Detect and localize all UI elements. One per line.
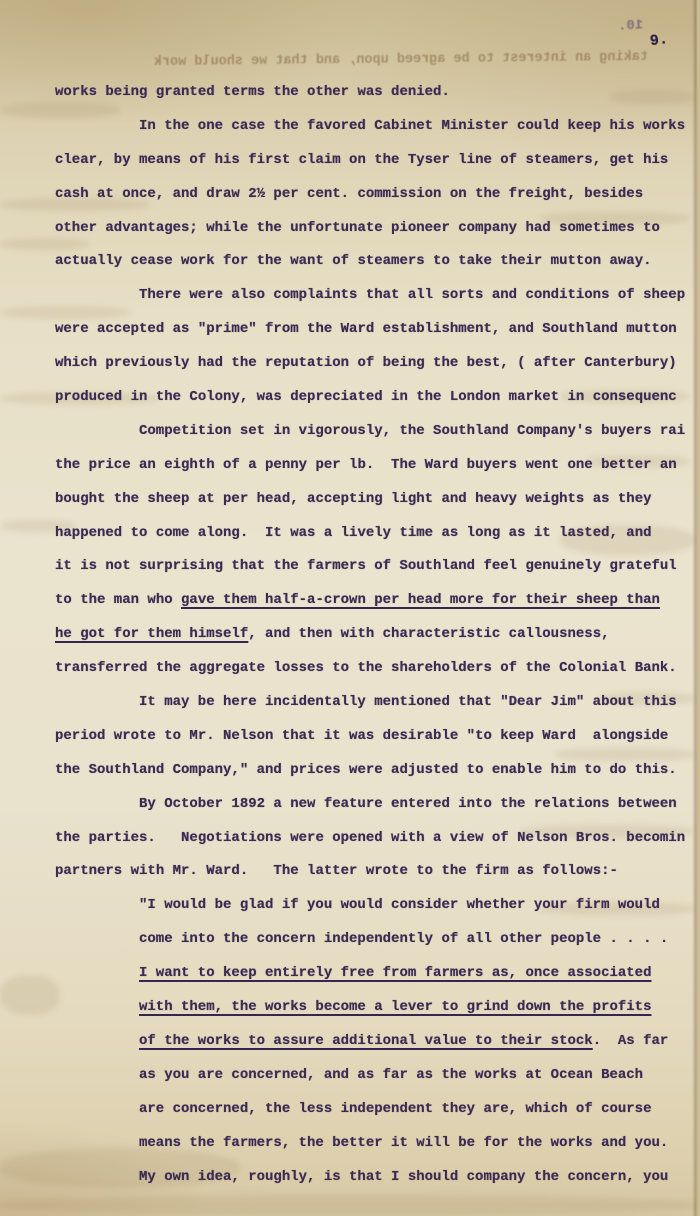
paper-right-edge xyxy=(692,0,700,1216)
text-segment: . As far xyxy=(593,1033,669,1049)
text-line: There were also complaints that all sort… xyxy=(55,279,700,313)
text-line: come into the concern independently of a… xyxy=(55,923,700,957)
text-segment: the parties. Negotiations were opened wi… xyxy=(55,830,685,846)
text-line: transferred the aggregate losses to the … xyxy=(55,652,700,686)
text-segment: My own idea, roughly, is that I should c… xyxy=(139,1169,668,1185)
bleedthrough-smudge xyxy=(0,975,60,1015)
bleedthrough-page-number: 10. xyxy=(618,17,644,34)
text-line: he got for them himself, and then with c… xyxy=(55,618,700,652)
text-line: of the works to assure additional value … xyxy=(55,1025,700,1059)
text-segment: , and then with characteristic callousne… xyxy=(248,626,609,642)
text-line: the parties. Negotiations were opened wi… xyxy=(55,822,700,856)
text-segment: works being granted terms the other was … xyxy=(55,84,450,100)
text-segment: the Southland Company," and prices were … xyxy=(55,762,677,778)
text-line: produced in the Colony, was depreciated … xyxy=(55,381,700,415)
underlined-text: he got for them himself xyxy=(55,626,248,642)
text-line: partners with Mr. Ward. The latter wrote… xyxy=(55,855,700,889)
text-segment: are concerned, the less independent they… xyxy=(139,1101,651,1117)
text-line: the Southland Company," and prices were … xyxy=(55,754,700,788)
text-segment: it is not surprising that the farmers of… xyxy=(55,558,677,574)
text-line: it is not surprising that the farmers of… xyxy=(55,550,700,584)
text-line: to the man who gave them half-a-crown pe… xyxy=(55,584,700,618)
underlined-text: of the works to assure additional value … xyxy=(139,1033,593,1049)
text-segment: other advantages; while the unfortunate … xyxy=(55,220,660,236)
text-line: Competition set in vigorously, the South… xyxy=(55,415,700,449)
page-number: 9. xyxy=(649,31,669,50)
text-segment: clear, by means of his first claim on th… xyxy=(55,152,668,168)
text-line: By October 1892 a new feature entered in… xyxy=(55,788,700,822)
text-line: In the one case the favored Cabinet Mini… xyxy=(55,110,700,144)
text-line: which previously had the reputation of b… xyxy=(55,347,700,381)
text-segment: actually cease work for the want of stea… xyxy=(55,253,652,269)
text-segment: It may be here incidentally mentioned th… xyxy=(139,694,677,710)
text-line: actually cease work for the want of stea… xyxy=(55,245,700,279)
text-line: other advantages; while the unfortunate … xyxy=(55,212,700,246)
text-segment: happened to come along. It was a lively … xyxy=(55,525,652,541)
text-segment: Competition set in vigorously, the South… xyxy=(139,423,685,439)
text-line: works being granted terms the other was … xyxy=(55,76,700,110)
text-line: with them, the works become a lever to g… xyxy=(55,991,700,1025)
text-segment: By October 1892 a new feature entered in… xyxy=(139,796,677,812)
text-segment: as you are concerned, and as far as the … xyxy=(139,1067,643,1083)
text-segment: transferred the aggregate losses to the … xyxy=(55,660,677,676)
text-segment: to the man who xyxy=(55,592,181,608)
text-segment: which previously had the reputation of b… xyxy=(55,355,677,371)
text-segment: produced in the Colony, was depreciated … xyxy=(55,389,677,405)
text-line: I want to keep entirely free from farmer… xyxy=(55,957,700,991)
text-segment: There were also complaints that all sort… xyxy=(139,287,685,303)
bleedthrough-smudge xyxy=(0,1195,700,1215)
text-line: happened to come along. It was a lively … xyxy=(55,517,700,551)
text-line: clear, by means of his first claim on th… xyxy=(55,144,700,178)
text-line: were accepted as "prime" from the Ward e… xyxy=(55,313,700,347)
text-line: the price an eighth of a penny per lb. T… xyxy=(55,449,700,483)
text-line: means the farmers, the better it will be… xyxy=(55,1127,700,1161)
text-segment: In the one case the favored Cabinet Mini… xyxy=(139,118,685,134)
text-line: bought the sheep at per head, accepting … xyxy=(55,483,700,517)
text-segment: come into the concern independently of a… xyxy=(139,931,668,947)
text-segment: partners with Mr. Ward. The latter wrote… xyxy=(55,863,618,879)
text-line: It may be here incidentally mentioned th… xyxy=(55,686,700,720)
text-line: "I would be glad if you would consider w… xyxy=(55,889,700,923)
text-segment: means the farmers, the better it will be… xyxy=(139,1135,668,1151)
underlined-text: I want to keep entirely free from farmer… xyxy=(139,965,651,981)
text-line: are concerned, the less independent they… xyxy=(55,1093,700,1127)
text-segment: were accepted as "prime" from the Ward e… xyxy=(55,321,677,337)
underlined-text: gave them half-a-crown per head more for… xyxy=(181,592,660,608)
text-segment: "I would be glad if you would consider w… xyxy=(139,897,660,913)
text-segment: bought the sheep at per head, accepting … xyxy=(55,491,652,507)
text-segment: cash at once, and draw 2½ per cent. comm… xyxy=(55,186,643,202)
text-segment: the price an eighth of a penny per lb. T… xyxy=(55,457,677,473)
text-segment: period wrote to Mr. Nelson that it was d… xyxy=(55,728,668,744)
text-line: as you are concerned, and as far as the … xyxy=(55,1059,700,1093)
underlined-text: with them, the works become a lever to g… xyxy=(139,999,651,1015)
text-line: period wrote to Mr. Nelson that it was d… xyxy=(55,720,700,754)
text-line: cash at once, and draw 2½ per cent. comm… xyxy=(55,178,700,212)
document-lines: works being granted terms the other was … xyxy=(55,76,700,1194)
text-line: My own idea, roughly, is that I should c… xyxy=(55,1161,700,1195)
